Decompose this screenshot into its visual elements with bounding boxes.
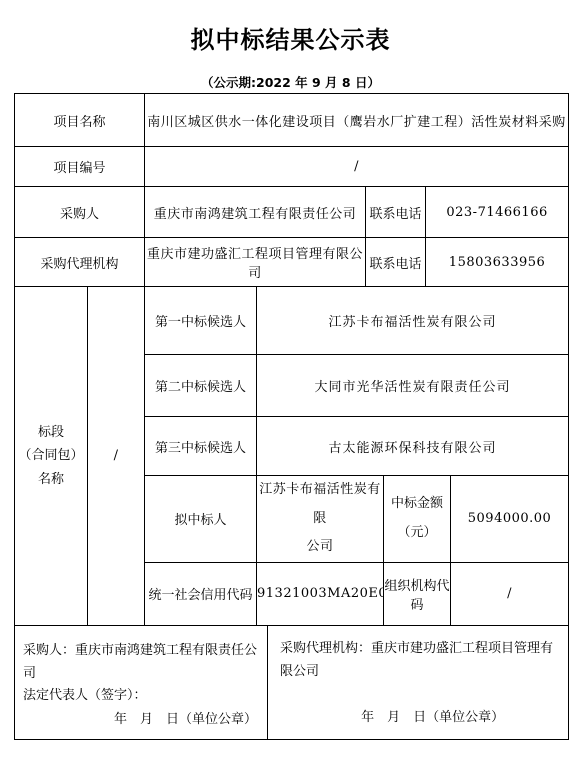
project-name-label: 项目名称 — [15, 94, 145, 147]
purchaser-value: 重庆市南鸿建筑工程有限责任公司 — [145, 187, 366, 238]
publicity-period: （公示期:2022 年 9 月 8 日） — [0, 73, 581, 91]
footer-agency-signature-block: 采购代理机构：重庆市建功盛汇工程项目管理有限公司 — [280, 638, 560, 684]
footer-purchaser-cell: 采购人：重庆市南鸿建筑工程有限责任公司 法定代表人（签字）： 年 月 日（单位公… — [15, 625, 268, 739]
footer-purchaser-signature-block: 采购人：重庆市南鸿建筑工程有限责任公司 法定代表人（签字）： — [23, 640, 261, 708]
section-name-label: 标段 （合同包） 名称 — [15, 287, 88, 626]
agency-value: 重庆市建功盛汇工程项目管理有限公司 — [145, 238, 366, 287]
agency-phone-label: 联系电话 — [366, 238, 426, 287]
project-number-value: / — [145, 147, 569, 187]
amount-value: 5094000.00 — [451, 476, 569, 563]
agency-label: 采购代理机构 — [15, 238, 145, 287]
candidate2-label: 第二中标候选人 — [145, 355, 257, 417]
footer-agency-cell: 采购代理机构：重庆市建功盛汇工程项目管理有限公司 年 月 日（单位公章） — [268, 625, 569, 739]
project-number-label: 项目编号 — [15, 147, 145, 187]
footer-agency-date-line: 年 月 日（单位公章） — [280, 706, 560, 725]
footer-purchaser-date-line: 年 月 日（单位公章） — [23, 708, 261, 727]
purchaser-phone-value: 023-71466166 — [426, 187, 569, 238]
page-title: 拟中标结果公示表 — [0, 20, 581, 55]
org-code-value: / — [451, 562, 569, 625]
candidate1-label: 第一中标候选人 — [145, 287, 257, 355]
candidate3-value: 古太能源环保科技有限公司 — [257, 417, 569, 476]
agency-phone-value: 15803633956 — [426, 238, 569, 287]
project-name-value: 南川区城区供水一体化建设项目（鹰岩水厂扩建工程）活性炭材料采购 — [145, 94, 569, 147]
candidate3-label: 第三中标候选人 — [145, 417, 257, 476]
purchaser-label: 采购人 — [15, 187, 145, 238]
bid-result-table: 项目名称 南川区城区供水一体化建设项目（鹰岩水厂扩建工程）活性炭材料采购 项目编… — [14, 93, 569, 740]
amount-label: 中标金额 （元） — [384, 476, 451, 563]
candidate2-value: 大同市光华活性炭有限责任公司 — [257, 355, 569, 417]
credit-code-value: 91321003MA20E03M6W — [257, 562, 384, 625]
org-code-label: 组织机构代码 — [384, 562, 451, 625]
document-page: 拟中标结果公示表 （公示期:2022 年 9 月 8 日） 项目名称 南川区城区… — [0, 0, 581, 779]
winner-label: 拟中标人 — [145, 476, 257, 563]
purchaser-phone-label: 联系电话 — [366, 187, 426, 238]
candidate1-value: 江苏卡布福活性炭有限公司 — [257, 287, 569, 355]
credit-code-label: 统一社会信用代码 — [145, 562, 257, 625]
section-name-value: / — [88, 287, 145, 626]
winner-value: 江苏卡布福活性炭有限 公司 — [257, 476, 384, 563]
